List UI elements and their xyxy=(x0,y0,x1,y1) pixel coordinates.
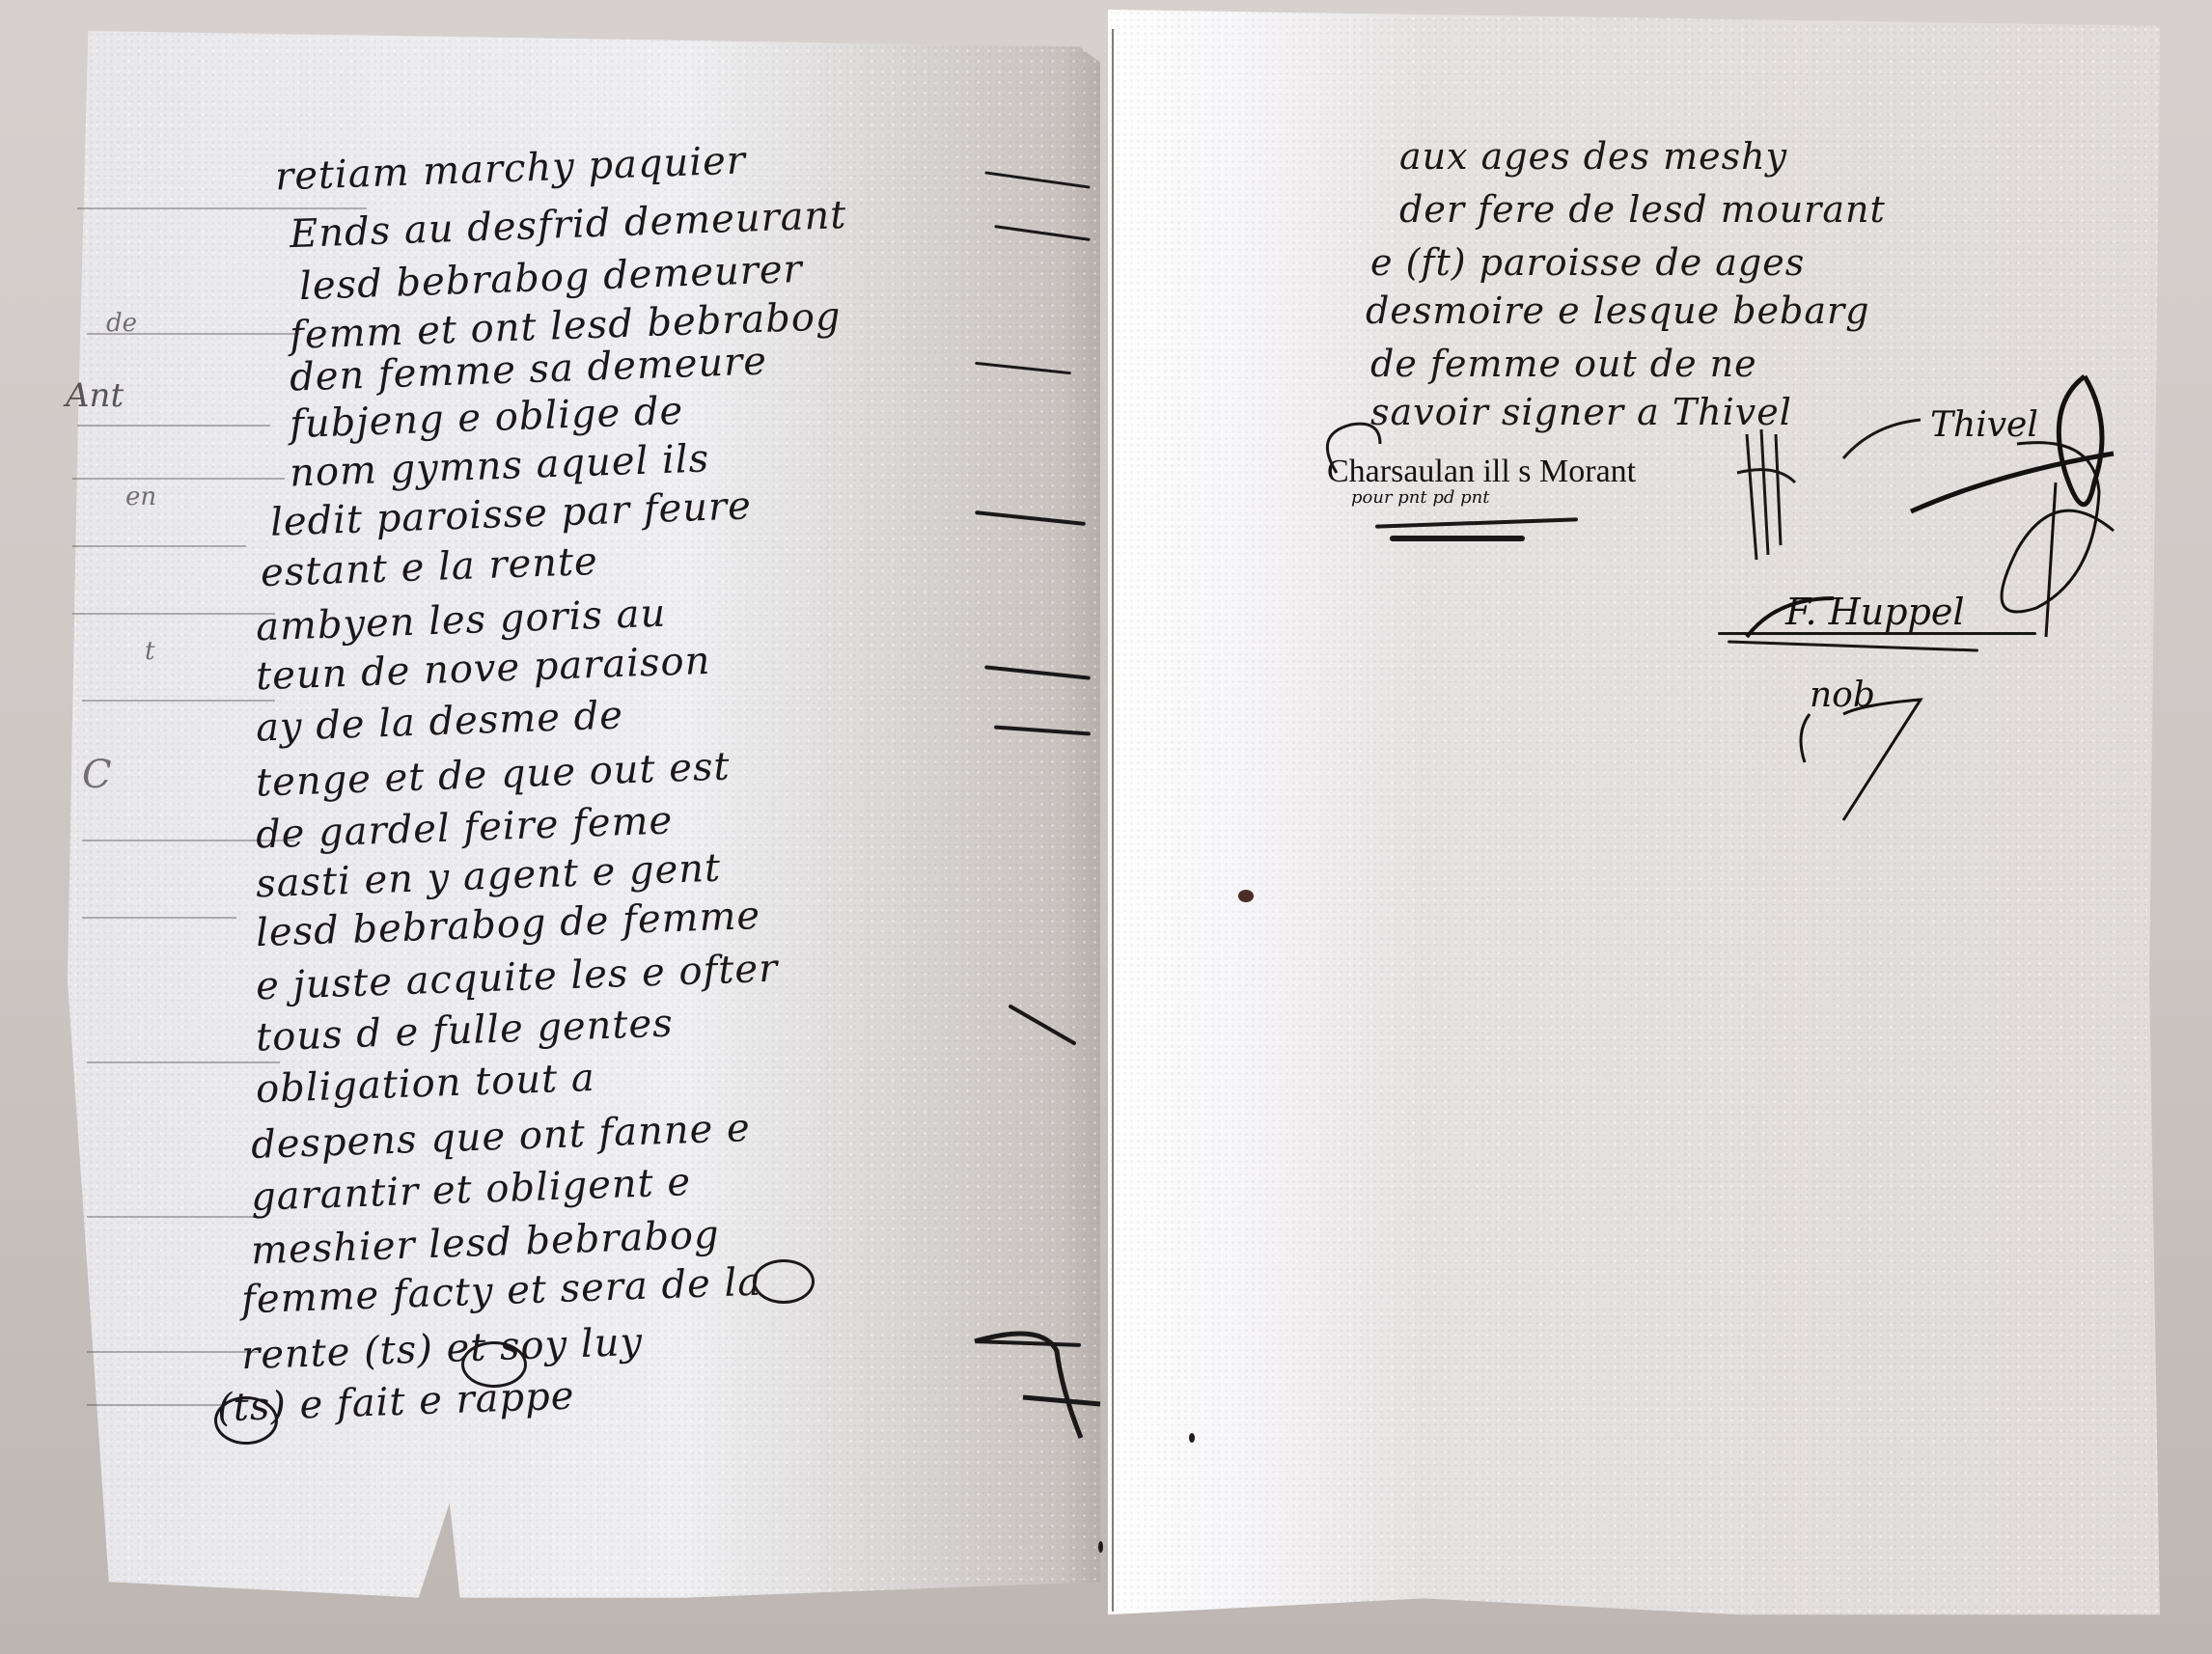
circled-abbreviation xyxy=(214,1396,278,1445)
ink-stain xyxy=(1238,890,1254,902)
text-line: der fere de lesd mourant xyxy=(1399,188,1886,231)
circled-abbreviation xyxy=(753,1259,815,1304)
ink-stain xyxy=(1189,1433,1195,1443)
page-gutter xyxy=(1112,29,1114,1612)
signature-flourishes xyxy=(1322,367,2171,868)
closing-flourish xyxy=(965,1283,1110,1447)
margin-note: en xyxy=(125,482,156,511)
margin-note: de xyxy=(106,309,137,338)
text-line: aux ages des meshy xyxy=(1399,135,1787,178)
margin-note: t xyxy=(145,637,154,666)
ink-stain xyxy=(1098,1541,1103,1553)
margin-note: C xyxy=(82,753,112,797)
text-line: desmoire e lesque bebarg xyxy=(1366,289,1869,332)
margin-note: Ant xyxy=(66,376,124,415)
circled-abbreviation xyxy=(461,1341,527,1388)
text-line: e (ft) paroisse de ages xyxy=(1370,241,1805,284)
